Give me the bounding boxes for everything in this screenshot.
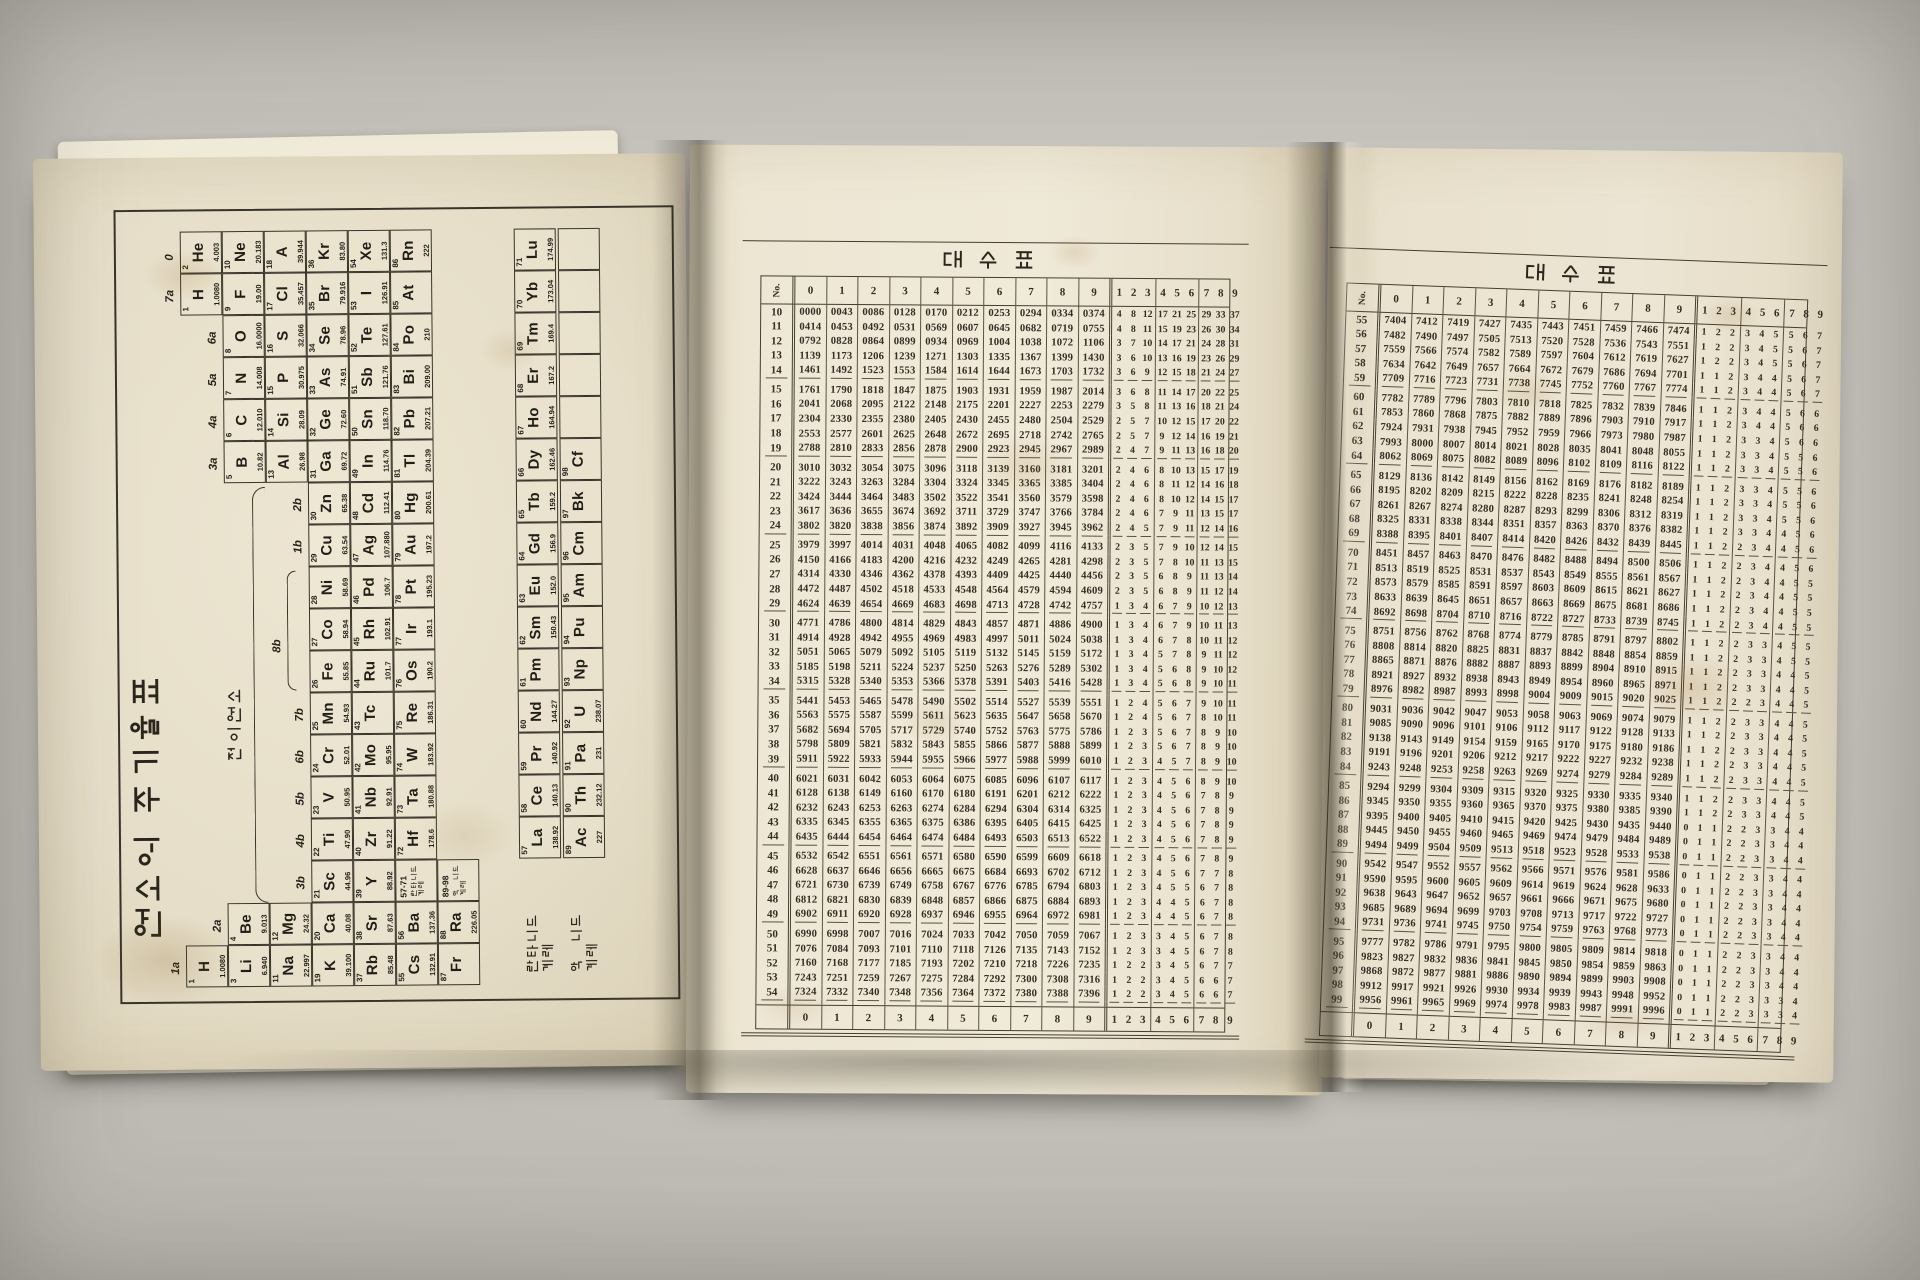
element-cell: 33As74.91 [307,356,349,398]
element-symbol: Ge [317,399,334,439]
log-mantissa-cell: 7520 [1536,333,1568,349]
log-mantissa-cell: 8537 [1496,565,1528,581]
log-pp-cell: 14 [1154,337,1169,352]
log-pp-cell: 1 [1107,676,1124,691]
atomic-number: 50 [350,427,359,436]
log-mantissa-cell: 5051 [793,645,824,660]
log-mantissa-cell: 7193 [916,957,948,972]
digit-column-header: 6 [1568,292,1600,320]
log-mantissa-cell: 4624 [793,596,824,611]
atomic-mass: 137.36 [428,902,437,942]
log-pp-cell: 8 [1154,477,1169,492]
log-pp-cell: 9 [1224,818,1238,833]
log-pp-cell: 4 [1777,887,1792,902]
log-mantissa-cell: 0414 [795,319,826,334]
log-pp-cell: 10 [1169,492,1183,507]
log-mantissa-cell: 9727 [1641,911,1673,927]
log-row-number: 15 [761,382,795,397]
log-pp-cell: 4 [1754,341,1769,356]
log-mantissa-cell: 3674 [887,505,919,520]
log-row-number: 60 [1343,390,1378,406]
log-mantissa-cell: 1875 [920,384,952,399]
log-pp-cell: 1 [1698,665,1713,680]
log-pp-cell: 10 [1211,677,1225,692]
log-pp-cell: 4 [1125,463,1139,478]
log-pp-cell: 4 [1783,731,1798,746]
log-pp-cell: 3 [1754,716,1769,731]
atomic-mass: 107.880 [382,525,391,565]
log-row-number: 19 [760,441,794,456]
log-mantissa-cell: 3483 [887,490,919,505]
log-pp-cell: 3 [1739,341,1755,356]
log-row-number: 86 [1328,793,1363,809]
log-pp-cell: 13 [1197,507,1212,522]
log-mantissa-cell: 7810 [1502,395,1534,411]
log-pp-cell: 5 [1778,464,1794,479]
log-mantissa-cell: 6263 [885,801,917,816]
log-mantissa-cell: 8663 [1526,596,1558,612]
log-mantissa-cell: 3598 [1076,491,1108,506]
log-pp-cell: 2 [1717,928,1733,943]
log-mantissa-cell: 6749 [885,879,917,894]
log-mantissa-cell: 9841 [1482,954,1514,970]
atomic-mass: 197.2 [424,524,433,564]
log-pp-cell: 0 [1671,946,1689,961]
log-mantissa-cell: 5011 [1012,632,1044,647]
log-mantissa-cell: 6010 [1075,754,1107,769]
log-mantissa-cell: 9149 [1427,733,1459,749]
atomic-number: 30 [309,511,318,520]
log-mantissa-cell: 4183 [855,553,887,568]
log-mantissa-cell: 5302 [1075,661,1107,676]
element-symbol: Mg [280,904,297,944]
log-row-number: 37 [758,722,792,737]
log-pp-cell: 1 [1699,651,1714,666]
log-mantissa-cell: 8549 [1559,568,1591,584]
log-mantissa-cell: 7574 [1441,345,1473,361]
log-mantissa-cell: 7604 [1567,349,1599,365]
log-mantissa-cell: 8982 [1397,683,1429,699]
log-mantissa-cell: 9943 [1575,986,1607,1002]
element-cell: 91Pa231 [562,732,604,774]
log-mantissa-cell: 9628 [1610,881,1642,897]
log-pp-cell: 17 [1170,337,1184,352]
log-pp-cell: 3 [1109,385,1126,400]
log-mantissa-cell: 7110 [916,942,948,957]
log-mantissa-cell: 5775 [1043,724,1075,739]
log-mantissa-cell: 7559 [1379,342,1410,358]
element-symbol: Pr [528,733,545,773]
log-pp-cell: 11 [1225,697,1239,712]
log-mantissa-cell: 7482 [1379,328,1410,344]
digit-column-header: 2 [852,1006,884,1029]
log-pp-cell: 3 [1109,351,1126,366]
atomic-mass: 131.3 [380,231,389,271]
log-mantissa-cell: 9557 [1453,860,1485,876]
log-row-number: 12 [761,334,795,349]
log-mantissa-cell: 5211 [855,660,887,675]
log-pp-cell: 2 [1723,369,1738,384]
log-pp-cell: 19 [1170,322,1184,337]
log-mantissa-cell: 9248 [1394,761,1426,777]
log-mantissa-cell: 5922 [823,752,855,767]
log-mantissa-cell: 5289 [1044,661,1076,676]
log-mantissa-cell: 6464 [885,830,917,845]
log-mantissa-cell: 7308 [1041,972,1073,987]
element-symbol: Al [276,442,293,482]
log-mantissa-cell: 8716 [1494,609,1526,625]
log-mantissa-cell: 9365 [1487,798,1519,814]
log-mantissa-cell: 8189 [1657,479,1689,495]
element-cell: 41Nb92.91 [352,776,394,818]
log-pp-cell: 9 [1210,740,1224,755]
pp-column-header: 9 [1228,280,1242,307]
element-symbol: Be [238,904,255,944]
log-mantissa-cell: 9450 [1392,824,1424,840]
log-mantissa-cell: 4362 [887,568,919,583]
log-mantissa-cell: 0864 [857,334,889,349]
atomic-mass: 19.00 [254,274,263,314]
log-pp-cell: 9 [1168,521,1182,536]
log-row-number: 65 [1340,467,1375,483]
element-symbol: Po [400,315,417,355]
log-pp-cell: 4 [1782,761,1797,776]
log-row-number: 89 [1327,836,1362,852]
element-cell: 84Po210 [390,313,432,355]
log-pp-cell: 5 [1789,562,1804,577]
log-mantissa-cell: 5694 [823,723,855,738]
log-pp-cell: 7 [1209,944,1223,959]
log-mantissa-cell: 9170 [1552,738,1584,754]
log-row-number: 32 [759,645,793,660]
log-mantissa-cell: 8960 [1586,676,1618,692]
log-mantissa-cell: 7889 [1533,411,1565,427]
log-mantissa-cell: 9991 [1606,1002,1638,1018]
log-mantissa-cell: 8109 [1594,457,1626,473]
group-label: 5b [295,792,307,806]
element-cell: 7N14.008 [223,357,265,399]
log-row-number: 61 [1343,404,1378,420]
log-mantissa-cell: 2742 [1045,428,1077,443]
log-mantissa-cell: 7903 [1596,413,1628,429]
log-mantissa-cell: 6503 [1011,831,1043,846]
log-pp-cell: 3 [1136,929,1150,944]
log-row-number: 62 [1342,419,1377,435]
log-pp-cell: 4 [1125,506,1139,521]
log-pp-cell: 4 [1753,356,1768,371]
log-pp-cell: 8 [1224,867,1238,882]
log-pp-cell: 4 [1780,809,1795,824]
log-mantissa-cell: 9903 [1607,973,1639,989]
log-mantissa-cell: 8248 [1625,492,1657,508]
log-pp-cell: 1 [1700,616,1715,631]
log-pp-cell: 6 [1153,584,1168,599]
log-mantissa-cell: 8603 [1527,581,1559,597]
log-mantissa-cell: 9939 [1543,985,1575,1001]
element-symbol: Ba [406,902,423,942]
log-mantissa-cell: 6444 [822,830,854,845]
log-mantissa-cell: 9405 [1424,811,1456,827]
log-mantissa-cell: 6474 [916,830,948,845]
atomic-number: 71 [515,258,524,267]
log-mantissa-cell: 8142 [1436,471,1468,487]
log-mantissa-cell: 9474 [1549,830,1581,846]
log-mantissa-cell: 2041 [795,397,826,412]
log-pp-cell: 3 [1124,570,1138,585]
log-pp-cell: 5 [1776,512,1792,527]
atomic-number: 13 [267,470,276,479]
log-pp-cell: 17 [1226,493,1240,508]
log-mantissa-cell: 7566 [1409,343,1441,359]
element-cell: 92U238.07 [562,690,604,732]
log-mantissa-cell: 8645 [1432,592,1464,608]
log-pp-cell: 2 [1723,758,1739,773]
log-mantissa-cell: 5729 [917,724,949,739]
log-pp-cell: 2 [1122,958,1136,973]
log-mantissa-cell: 4728 [1013,598,1045,613]
log-pp-cell: 3 [1150,944,1165,959]
element-symbol: Re [404,692,421,732]
digit-column-header: 4 [920,278,952,305]
log-mantissa-cell: 9299 [1393,780,1425,796]
log-mantissa-cell: 8370 [1592,520,1624,536]
atomic-mass: 63.54 [340,525,349,565]
log-mantissa-cell: 6212 [1043,788,1075,803]
log-row-number: 38 [758,737,792,752]
log-mantissa-cell: 4425 [1013,569,1045,584]
log-mantissa-cell: 2718 [1014,428,1046,443]
log-pp-cell: 1 [1680,694,1698,709]
log-mantissa-cell: 9881 [1450,967,1482,983]
log-mantissa-cell: 8432 [1591,535,1623,551]
log-pp-cell: 1 [1677,791,1695,806]
atomic-number: 40 [354,847,363,856]
log-mantissa-cell: 9345 [1362,794,1393,810]
atomic-mass: 156.9 [548,523,557,563]
log-mantissa-cell: 8768 [1462,627,1494,643]
log-row-number: 78 [1333,666,1368,682]
log-mantissa-cell: 6803 [1074,880,1106,895]
log-mantissa-cell: 2227 [1014,399,1046,414]
atomic-number: 58 [520,804,529,813]
log-mantissa-cell: 8739 [1620,614,1652,630]
log-mantissa-cell: 4116 [1045,540,1077,555]
log-mantissa-cell: 5752 [980,724,1012,739]
log-pp-cell: 7 [1812,329,1827,344]
log-mantissa-cell: 5465 [854,694,886,709]
log-mantissa-cell: 2765 [1077,428,1109,443]
log-mantissa-cell: 8235 [1562,490,1594,506]
log-pp-cell: 2 [1123,803,1137,818]
korean-text [130,671,163,940]
log-mantissa-cell: 6274 [917,801,949,816]
log-pp-cell: 0 [1675,834,1693,849]
log-pp-cell: 8 [1140,385,1154,400]
log-mantissa-cell: 1703 [1046,365,1078,380]
atomic-mass: 144.27 [550,691,559,731]
log-mantissa-cell: 9165 [1521,736,1553,752]
log-mantissa-cell: 4757 [1076,598,1108,613]
log-pp-cell: 1 [1687,495,1705,510]
digit-column-header: 0 [1354,1013,1385,1037]
log-pp-cell: 1 [1105,929,1122,944]
log-mantissa-cell: 9253 [1426,762,1458,778]
atomic-mass: 9.013 [260,904,269,944]
atomic-mass: 26.98 [298,441,307,481]
log-pp-cell: 7 [1223,973,1237,988]
log-pp-cell: 2 [1108,506,1125,521]
log-pp-cell: 3 [1745,574,1760,589]
log-pp-cell: 3 [1137,803,1151,818]
log-row-number: 73 [1336,589,1371,605]
log-pp-cell: 3 [1124,618,1138,633]
log-pp-cell: 4 [1165,973,1179,988]
atomic-mass: 24.32 [302,903,311,943]
log-mantissa-cell: 8426 [1560,534,1592,550]
log-mantissa-cell: 9370 [1519,800,1551,816]
log-mantissa-cell: 9987 [1574,1001,1606,1017]
group-label: 2a [212,919,224,932]
log-pp-cell: 12 [1141,307,1155,322]
log-mantissa-cell: 9504 [1423,840,1455,856]
log-pp-cell: 10 [1225,755,1239,770]
log-pp-cell: 2 [1709,772,1724,787]
log-pp-cell: 5 [1787,639,1802,654]
element-cell: 18A39.944 [264,230,306,272]
log-mantissa-cell: 6839 [885,893,917,908]
atomic-number: 73 [396,805,405,814]
log-mantissa-cell: 7664 [1503,361,1535,377]
atomic-mass: 140.92 [550,733,559,773]
log-pp-cell: 5 [1802,606,1817,621]
log-mantissa-cell: 4502 [855,582,887,597]
log-mantissa-cell: 8854 [1619,648,1651,664]
log-mantissa-cell: 9800 [1514,940,1546,956]
digit-column-header: 0 [790,1006,821,1029]
log-row-number: 69 [1338,525,1373,541]
log-pp-cell: 8 [1140,400,1154,415]
log-pp-cell: 9 [1140,366,1154,381]
log-row-group: 1000000043008601280170021202530294033403… [761,305,1229,381]
log-mantissa-cell: 8420 [1528,532,1560,548]
log-pp-cell: 6 [1795,406,1810,421]
log-pp-cell: 2 [1726,681,1742,696]
log-row-number: 49 [757,907,791,922]
element-cell: 78Pt195.23 [393,565,435,607]
log-mantissa-cell: 6758 [916,879,948,894]
element-cell: 6C12.010 [223,399,265,441]
atomic-number: 47 [351,553,360,562]
log-pp-cell: 4 [1775,527,1791,542]
element-symbol: Cd [360,483,377,523]
log-mantissa-cell: 6618 [1074,851,1106,866]
log-mantissa-cell: 8357 [1529,518,1561,534]
element-symbol: Pd [361,567,378,607]
log-mantissa-cell: 8686 [1652,600,1684,616]
atomic-mass: 190.2 [425,650,434,690]
log-mantissa-cell: 9854 [1576,957,1608,973]
lanthanide-series-label [526,912,557,972]
log-pp-cell: 6 [1180,866,1194,881]
log-pp-cell: 2 [1722,792,1738,807]
log-pp-cell: 3 [1108,399,1125,414]
log-pp-cell: 4 [1151,832,1166,847]
log-mantissa-cell: 6314 [1043,802,1075,817]
log-mantissa-cell: 8215 [1467,486,1499,502]
log-mantissa-cell: 7451 [1568,320,1600,336]
log-mantissa-cell: 6955 [979,909,1011,924]
log-pp-cell: 1 [1107,633,1124,648]
atomic-number: 84 [392,343,401,352]
log-pp-cell: 6 [1153,570,1168,585]
log-mantissa-cell: 5899 [1075,739,1107,754]
log-mantissa-cell: 9912 [1356,978,1387,994]
log-pp-cell: 4 [1789,950,1804,965]
log-mantissa-cell: 6911 [821,907,853,922]
log-mantissa-cell: 9996 [1637,1003,1669,1019]
log-pp-cell: 10 [1225,740,1239,755]
log-mantissa-cell: 8814 [1398,640,1430,656]
log-mantissa-cell: 8976 [1366,682,1397,698]
log-mantissa-cell: 7528 [1567,335,1599,351]
log-mantissa-cell: 5717 [886,723,918,738]
log-pp-cell: 2 [1712,695,1727,710]
element-symbol: Nd [528,691,545,731]
log-pp-cell: 16 [1197,429,1212,444]
atomic-mass: 12.010 [255,400,264,440]
log-pp-cell: 1 [1693,354,1711,369]
log-mantissa-cell: 7412 [1410,314,1442,330]
log-pp-cell: 15 [1212,507,1226,522]
log-pp-cell: 2 [1123,740,1137,755]
log-mantissa-cell: 9315 [1488,784,1520,800]
log-mantissa-cell: 2014 [1077,385,1109,400]
element-symbol: Pu [571,607,588,647]
log-pp-cell: 2 [1714,637,1729,652]
log-mantissa-cell: 4609 [1076,584,1108,599]
log-mantissa-cell: 7427 [1473,317,1505,333]
element-cell [558,312,600,354]
log-mantissa-cell: 1303 [951,350,983,365]
log-mantissa-cell: 8261 [1373,498,1404,514]
atomic-number: 62 [518,636,527,645]
log-pp-cell: 4 [1773,605,1789,620]
log-mantissa-cell: 2577 [825,427,857,442]
log-mantissa-cell: 9186 [1647,741,1679,757]
log-pp-cell: 4 [1165,944,1179,959]
log-mantissa-cell: 9643 [1389,887,1421,903]
log-pp-cell: 11 [1169,443,1183,458]
log-pp-cell: 5 [1781,372,1797,387]
log-mantissa-cell: 6128 [792,786,823,801]
log-pp-cell: 20 [1227,444,1241,459]
log-pp-cell: 4 [1138,696,1152,711]
log-mantissa-cell: 8519 [1401,562,1433,578]
log-mantissa-cell: 7202 [947,957,979,972]
log-mantissa-cell: 5855 [949,738,981,753]
log-mantissa-cell: 9921 [1417,981,1449,997]
log-mantissa-cell: 7024 [916,928,948,943]
log-pp-cell: 3 [1750,823,1765,838]
atomic-number: 46 [352,595,361,604]
log-row-number: 99 [1321,992,1356,1008]
log-pp-cell: 8 [1126,307,1140,322]
log-mantissa-cell: 8267 [1404,499,1436,515]
log-pp-cell: 14 [1197,492,1212,507]
log-pp-cell: 5 [1788,605,1803,620]
log-mantissa-cell: 7332 [821,985,853,1000]
log-pp-cell: 23 [1184,322,1198,337]
